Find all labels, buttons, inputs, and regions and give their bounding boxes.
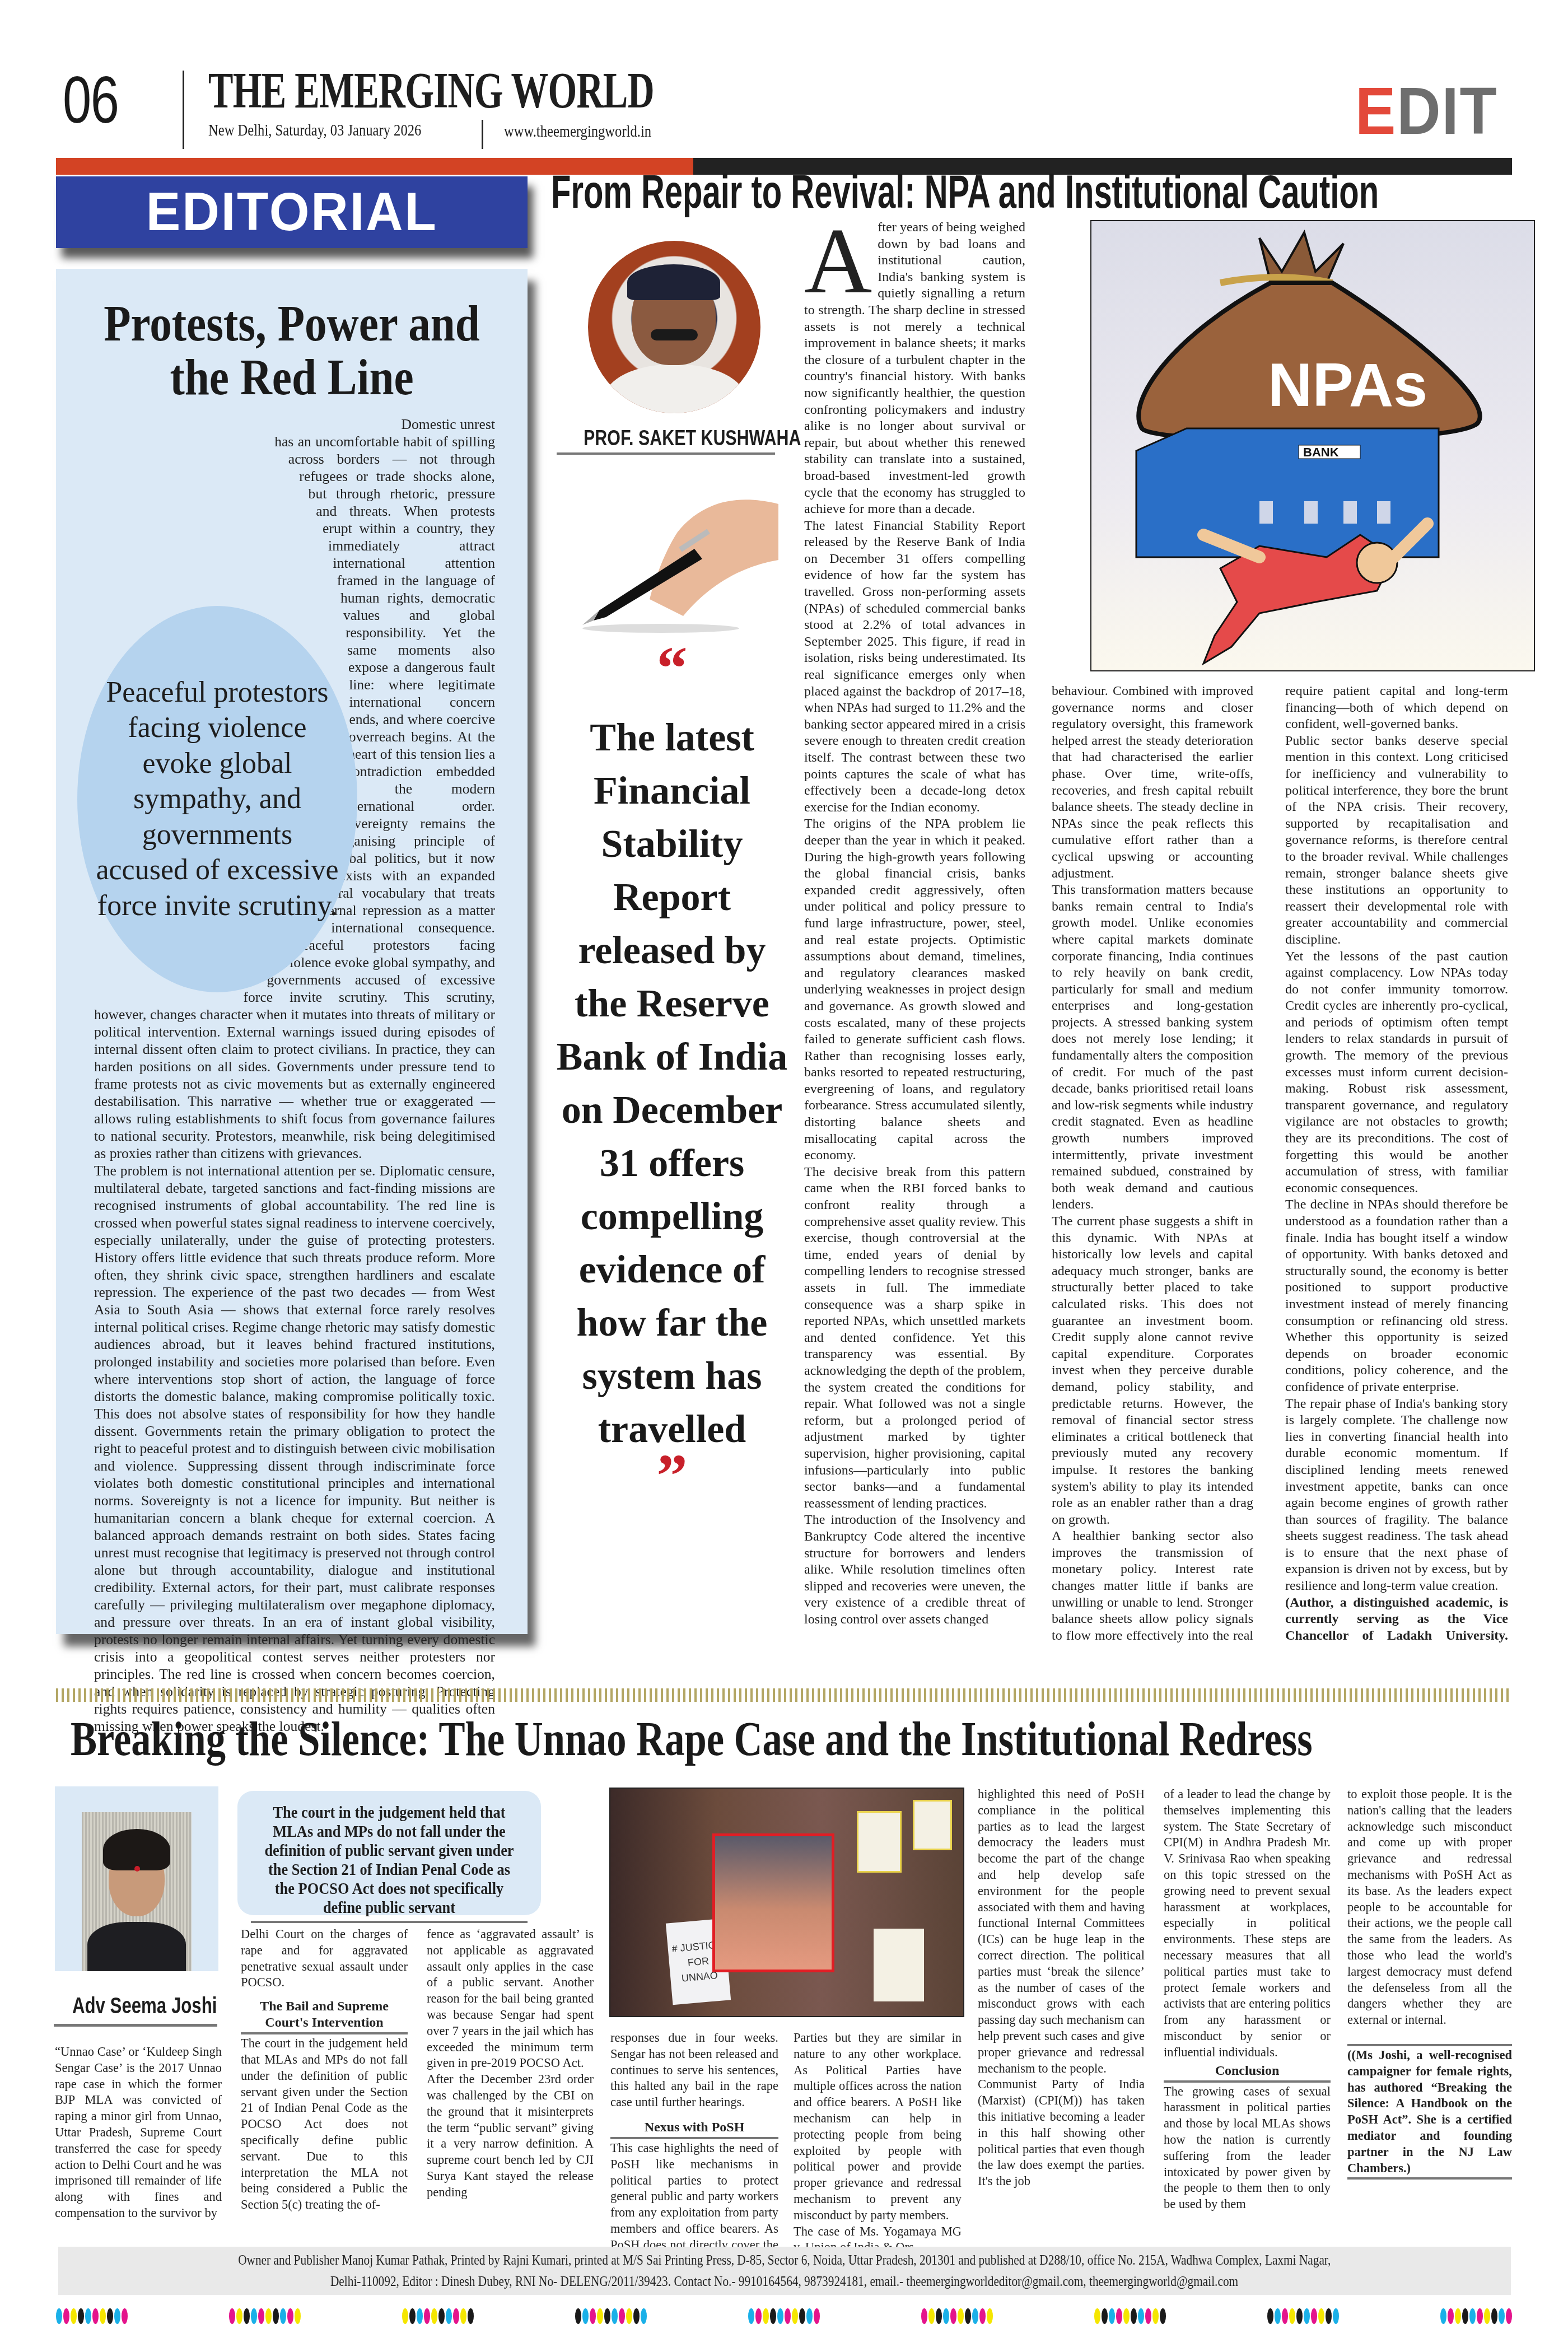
unnao-column-7: of a leader to lead the change by themse…: [1164, 1786, 1331, 2213]
unnao-column-5: Parties but they are similar in nature t…: [794, 2030, 962, 2256]
quote-close-icon: ”: [638, 1445, 706, 1506]
npa-paragraph: The repair phase of India's banking stor…: [1285, 1396, 1508, 1595]
registration-dot-group: [402, 2308, 474, 2324]
unnao-paragraph: highlighted this need of PoSH compliance…: [978, 1786, 1145, 2076]
subhead-rule: [241, 2032, 408, 2034]
unnao-column-1: “Unnao Case’ or ‘Kuldeep Singh Sengar Ca…: [55, 2044, 222, 2222]
subhead-rule: [1164, 2080, 1331, 2083]
npa-column-3: require patient capital and long-term fi…: [1285, 683, 1508, 1646]
imprint-footer: Owner and Publisher Manoj Kumar Pathak, …: [58, 2247, 1511, 2295]
registration-dot-group: [1267, 2308, 1339, 2324]
drop-cap: A: [804, 223, 872, 300]
unnao-paragraph: to exploit those people. It is the natio…: [1347, 1786, 1512, 2028]
unnao-paragraph: of a leader to lead the change by themse…: [1164, 1786, 1331, 2061]
unnao-column-2: Delhi Court on the charges of rape and f…: [241, 1926, 408, 2213]
section-tag: EDIT: [1355, 78, 1498, 144]
court-pull-quote-text: The court in the judgement held that MLA…: [264, 1803, 515, 1917]
npa-column-1: A fter years of being weighed down by ba…: [804, 220, 1025, 1642]
pen-in-hand-icon: [566, 470, 778, 633]
unnao-paragraph: “Unnao Case’ or ‘Kuldeep Singh Sengar Ca…: [55, 2044, 222, 2222]
pull-quote-circle: Peaceful protestors facing violence evok…: [77, 606, 357, 992]
photo-inset: [712, 1833, 834, 1972]
unnao-column-3: fence as ‘aggravated assault’ is not app…: [427, 1926, 594, 2201]
registration-dot-group: [575, 2308, 647, 2324]
npa-paragraph: require patient capital and long-term fi…: [1285, 683, 1508, 733]
unnao-column-4: responses due in four weeks. Sengar has …: [610, 2030, 778, 2269]
unnao-paragraph: Communist Party of India (Marxist) (CPI(…: [978, 2076, 1145, 2190]
unnao-column-8: to exploit those people. It is the natio…: [1347, 1786, 1512, 2181]
section-tag-initial: E: [1355, 74, 1397, 148]
npa-cartoon: NPAs BANK: [1090, 220, 1535, 671]
npa-paragraph: behaviour. Combined with improved govern…: [1052, 683, 1253, 882]
subhead-conclusion: Conclusion: [1164, 2063, 1331, 2079]
editorial-paragraph: The problem is not international attenti…: [94, 1162, 495, 1735]
unnao-paragraph: After the December 23rd order was challe…: [427, 2071, 594, 2200]
unnao-paragraph: fence as ‘aggravated assault’ is not app…: [427, 1926, 594, 2071]
unnao-headline: Breaking the Silence: The Unnao Rape Cas…: [71, 1715, 1313, 1763]
npa-column-2: behaviour. Combined with improved govern…: [1052, 683, 1253, 1646]
registration-dot-group: [1094, 2308, 1166, 2324]
section-divider: [56, 1688, 1512, 1702]
npa-paragraph: The origins of the NPA problem lie deepe…: [804, 816, 1025, 1164]
npa-bag-cartoon-icon: NPAs BANK: [1091, 221, 1534, 670]
npa-paragraph: Yet the lessons of the past caution agai…: [1285, 949, 1508, 1197]
npa-headline: From Repair to Revival: NPA and Institut…: [551, 168, 1379, 215]
registration-dot-group: [1440, 2308, 1512, 2324]
editorial-box: Protests, Power and the Red Line Peacefu…: [56, 269, 528, 1634]
imprint-line-1: Owner and Publisher Manoj Kumar Pathak, …: [238, 2250, 1331, 2271]
unnao-paragraph: Parties but they are similar in nature t…: [794, 2030, 962, 2224]
npa-paragraph: A healthier banking sector also improves…: [1052, 1528, 1253, 1646]
website-link[interactable]: www.theemergingworld.in: [504, 122, 651, 141]
quote-open-icon: “: [638, 637, 706, 699]
npa-paragraph: The decisive break from this pattern cam…: [804, 1164, 1025, 1512]
unnao-column-6: highlighted this need of PoSH compliance…: [978, 1786, 1145, 2190]
editorial-label-text: EDITORIAL: [146, 181, 438, 243]
bag-label: NPAs: [1268, 351, 1427, 419]
newspaper-title: THE EMERGING WORLD: [208, 66, 654, 116]
unnao-paragraph: The growing cases of sexual harassment i…: [1164, 2084, 1331, 2213]
author-photo: [588, 241, 760, 413]
npa-paragraph: The introduction of the Insolvency and B…: [804, 1512, 1025, 1628]
npa-pull-quote: The latest Financial Stability Report re…: [554, 711, 790, 1456]
section-tag-rest: DIT: [1397, 74, 1497, 148]
registration-dot-group: [748, 2308, 820, 2324]
registration-dot-group: [56, 2308, 128, 2324]
pull-quote-rule: [251, 1921, 528, 1923]
unnao-paragraph: The court in the judgement held that MLA…: [241, 2036, 408, 2213]
protest-photo: # JUSTICEFORUNNAO: [609, 1788, 964, 2017]
author-byline: PROF. SAKET KUSHWAHA: [584, 427, 763, 451]
subhead-nexus: Nexus with PoSH: [610, 2120, 778, 2136]
npa-paragraph: Public sector banks deserve special ment…: [1285, 733, 1508, 949]
byline-rule: [54, 2024, 217, 2027]
editorial-label: EDITORIAL: [56, 176, 528, 248]
npa-paragraph: The latest Financial Stability Report re…: [804, 518, 1025, 816]
editorial-headline: Protests, Power and the Red Line: [89, 297, 494, 404]
author-byline: Adv Seema Joshi: [72, 1994, 203, 2019]
bio-rule: [1347, 2044, 1512, 2046]
page-number: 06: [63, 67, 118, 133]
npa-paragraph: This transformation matters because bank…: [1052, 882, 1253, 1214]
unnao-paragraph: Delhi Court on the charges of rape and f…: [241, 1926, 408, 1991]
registration-dot-group: [921, 2308, 993, 2324]
author-photo: [82, 1812, 192, 1971]
registration-dot-group: [229, 2308, 301, 2324]
author-note: (Author, a distinguished academic, is cu…: [1285, 1595, 1508, 1646]
pull-quote-text: Peaceful protestors facing violence evok…: [93, 675, 342, 923]
dateline: New Delhi, Saturday, 03 January 2026: [208, 121, 421, 140]
subhead-rule: [610, 2137, 778, 2139]
editorial-body: Peaceful protestors facing violence evok…: [94, 416, 495, 1735]
registration-marks: [56, 2308, 1512, 2324]
unnao-paragraph: responses due in four weeks. Sengar has …: [610, 2030, 778, 2111]
bank-label: BANK: [1303, 445, 1339, 459]
author-bio: ((Ms Joshi, a well-recognised campaigner…: [1347, 2047, 1512, 2176]
npa-paragraph: The decline in NPAs should therefore be …: [1285, 1197, 1508, 1396]
masthead-divider: [183, 71, 184, 149]
dateline-divider: [482, 120, 483, 149]
imprint-line-2: Delhi-110092, Editor : Dinesh Dubey, RNI…: [330, 2271, 1238, 2292]
subhead-bail: The Bail and Supreme Court's Interventio…: [241, 1999, 408, 2031]
byline-rule: [557, 452, 775, 455]
bio-rule-bottom: [1347, 2177, 1512, 2180]
court-pull-quote: The court in the judgement held that MLA…: [237, 1791, 541, 1915]
npa-paragraph: The current phase suggests a shift in th…: [1052, 1214, 1253, 1528]
